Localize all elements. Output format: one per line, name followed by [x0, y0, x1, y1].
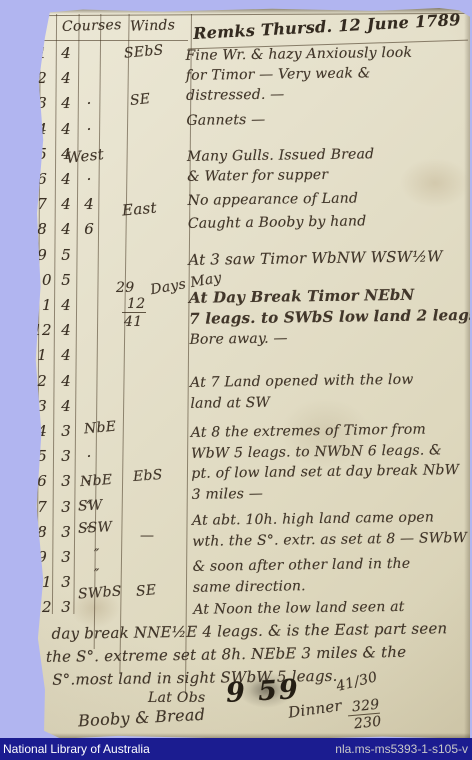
scan-viewer: Courses Winds Remks Thursd. 12 June 1789… — [0, 0, 472, 760]
remark-line: At 7 Land opened with the low — [190, 372, 414, 391]
remark-line: Fine Wr. & hazy Anxiously look — [185, 45, 412, 64]
remark-line: & Water for supper — [187, 167, 328, 185]
remark-line: Many Gulls. Issued Bread — [187, 146, 375, 165]
remark-line: WbW 5 leags. to NWbN 6 leags. & — [191, 442, 442, 461]
remarks-column: Fine Wr. & hazy Anxiously look for Timor… — [25, 5, 472, 744]
caption-bar: National Library of Australia nla.ms-ms5… — [0, 738, 472, 760]
remark-line: & soon after other land in the — [193, 556, 411, 575]
remark-line: At 8 the extremes of Timor from — [191, 422, 426, 441]
remark-line: At 3 saw Timor WbNW WSW½W — [188, 247, 443, 269]
remark-line: same direction. — [193, 578, 306, 596]
remark-line: land at SW — [190, 395, 270, 412]
remark-line: Caught a Booby by hand — [188, 213, 367, 231]
remark-line: At Noon the low land seen at — [193, 599, 404, 618]
latitude-label: Lat Obs — [148, 690, 205, 706]
library-caption: National Library of Australia — [3, 742, 150, 756]
remark-line: for Timor — Very weak & — [186, 65, 371, 84]
remark-line: At Day Break Timor NEbN — [189, 286, 415, 307]
remark-line: distressed. — — [186, 86, 285, 103]
remark-line: No appearance of Land — [187, 190, 358, 208]
catalog-id-caption: nla.ms-ms5393-1-s105-v — [335, 742, 468, 756]
margin-number: 230 — [353, 714, 382, 733]
remark-line: pt. of low land set at day break NbW — [191, 462, 459, 482]
manuscript-page: Courses Winds Remks Thursd. 12 June 1789… — [30, 8, 470, 741]
remark-line: wth. the S°. extr. as set at 8 — SWbW — [192, 530, 467, 550]
remark-line: 7 leags. to SWbS low land 2 leags. — [189, 306, 472, 328]
remark-line: Bore away. — — [189, 330, 287, 347]
remark-line: Gannets — — [186, 112, 265, 129]
remark-line: 3 miles — — [192, 486, 264, 503]
remark-line: day break NNE½E 4 leags. & is the East p… — [51, 619, 447, 643]
remark-line: the S°. extreme set at 8h. NEbE 3 miles … — [46, 643, 407, 666]
remark-line: At abt. 10h. high land came open — [192, 509, 434, 528]
